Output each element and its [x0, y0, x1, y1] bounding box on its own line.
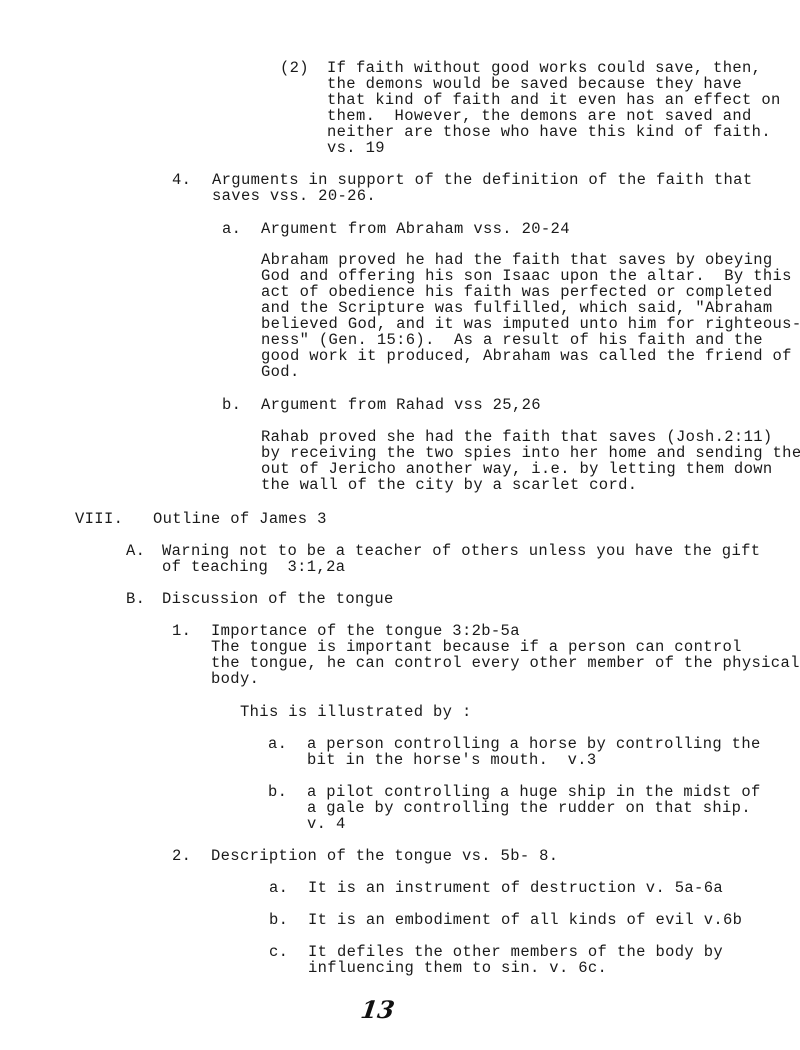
item-4b-heading: Argument from Rahad vss 25,26: [261, 397, 541, 413]
item-4-line-1: Arguments in support of the definition o…: [212, 172, 752, 188]
item-2-line-1: If faith without good works could save, …: [327, 60, 761, 76]
section-b-title: Discussion of the tongue: [162, 591, 394, 607]
b2b-marker: b.: [269, 912, 288, 928]
item-2-line-2: the demons would be saved because they h…: [327, 76, 742, 92]
abraham-line-3: act of obedience his faith was perfected…: [261, 284, 773, 300]
section-a-line-2: of teaching 3:1,2a: [162, 559, 345, 575]
b1-line-1: Importance of the tongue 3:2b-5a: [211, 623, 520, 639]
item-4-line-2: saves vss. 20-26.: [212, 188, 376, 204]
b1b-line-2: a gale by controlling the rudder on that…: [307, 800, 751, 816]
abraham-line-2: God and offering his son Isaac upon the …: [261, 268, 792, 284]
abraham-line-7: good work it produced, Abraham was calle…: [261, 348, 792, 364]
abraham-line-5: believed God, and it was imputed unto hi…: [261, 316, 800, 332]
rahab-line-1: Rahab proved she had the faith that save…: [261, 429, 773, 445]
b1-line-4: body.: [211, 671, 259, 687]
item-2-line-6: vs. 19: [327, 140, 385, 156]
b1a-marker: a.: [268, 736, 287, 752]
item-4a-marker: a.: [222, 221, 241, 237]
b2c-line-1: It defiles the other members of the body…: [308, 944, 723, 960]
b1-marker: 1.: [172, 623, 191, 639]
rahab-line-2: by receiving the two spies into her home…: [261, 445, 800, 461]
b1b-line-3: v. 4: [307, 816, 346, 832]
b2-title: Description of the tongue vs. 5b- 8.: [211, 848, 558, 864]
rahab-line-4: the wall of the city by a scarlet cord.: [261, 477, 637, 493]
b1-line-2: The tongue is important because if a per…: [211, 639, 742, 655]
b2c-line-2: influencing them to sin. v. 6c.: [308, 960, 607, 976]
item-2-line-3: that kind of faith and it even has an ef…: [327, 92, 781, 108]
b1b-line-1: a pilot controlling a huge ship in the m…: [307, 784, 761, 800]
abraham-line-4: and the Scripture was fulfilled, which s…: [261, 300, 773, 316]
b2a-line-1: It is an instrument of destruction v. 5a…: [308, 880, 723, 896]
abraham-line-1: Abraham proved he had the faith that sav…: [261, 252, 773, 268]
b1-illustrated: This is illustrated by :: [240, 704, 472, 720]
b2b-line-1: It is an embodiment of all kinds of evil…: [308, 912, 742, 928]
b1a-line-2: bit in the horse's mouth. v.3: [307, 752, 597, 768]
item-4a-heading: Argument from Abraham vss. 20-24: [261, 221, 570, 237]
abraham-line-6: ness" (Gen. 15:6). As a result of his fa…: [261, 332, 763, 348]
rahab-line-3: out of Jericho another way, i.e. by lett…: [261, 461, 773, 477]
section-viii-title: Outline of James 3: [153, 511, 327, 527]
item-4b-marker: b.: [222, 397, 241, 413]
item-2-marker: (2): [280, 60, 309, 76]
item-4-marker: 4.: [172, 172, 191, 188]
b1a-line-1: a person controlling a horse by controll…: [307, 736, 761, 752]
section-b-marker: B.: [126, 591, 145, 607]
b1-line-3: the tongue, he can control every other m…: [211, 655, 800, 671]
page-number: 13: [359, 995, 396, 1024]
b1b-marker: b.: [268, 784, 287, 800]
abraham-line-8: God.: [261, 364, 300, 380]
section-viii-marker: VIII.: [75, 511, 123, 527]
b2c-marker: c.: [269, 944, 288, 960]
b2-marker: 2.: [172, 848, 191, 864]
section-a-marker: A.: [126, 543, 145, 559]
section-a-line-1: Warning not to be a teacher of others un…: [162, 543, 760, 559]
item-2-line-5: neither are those who have this kind of …: [327, 124, 771, 140]
b2a-marker: a.: [269, 880, 288, 896]
item-2-line-4: them. However, the demons are not saved …: [327, 108, 752, 124]
